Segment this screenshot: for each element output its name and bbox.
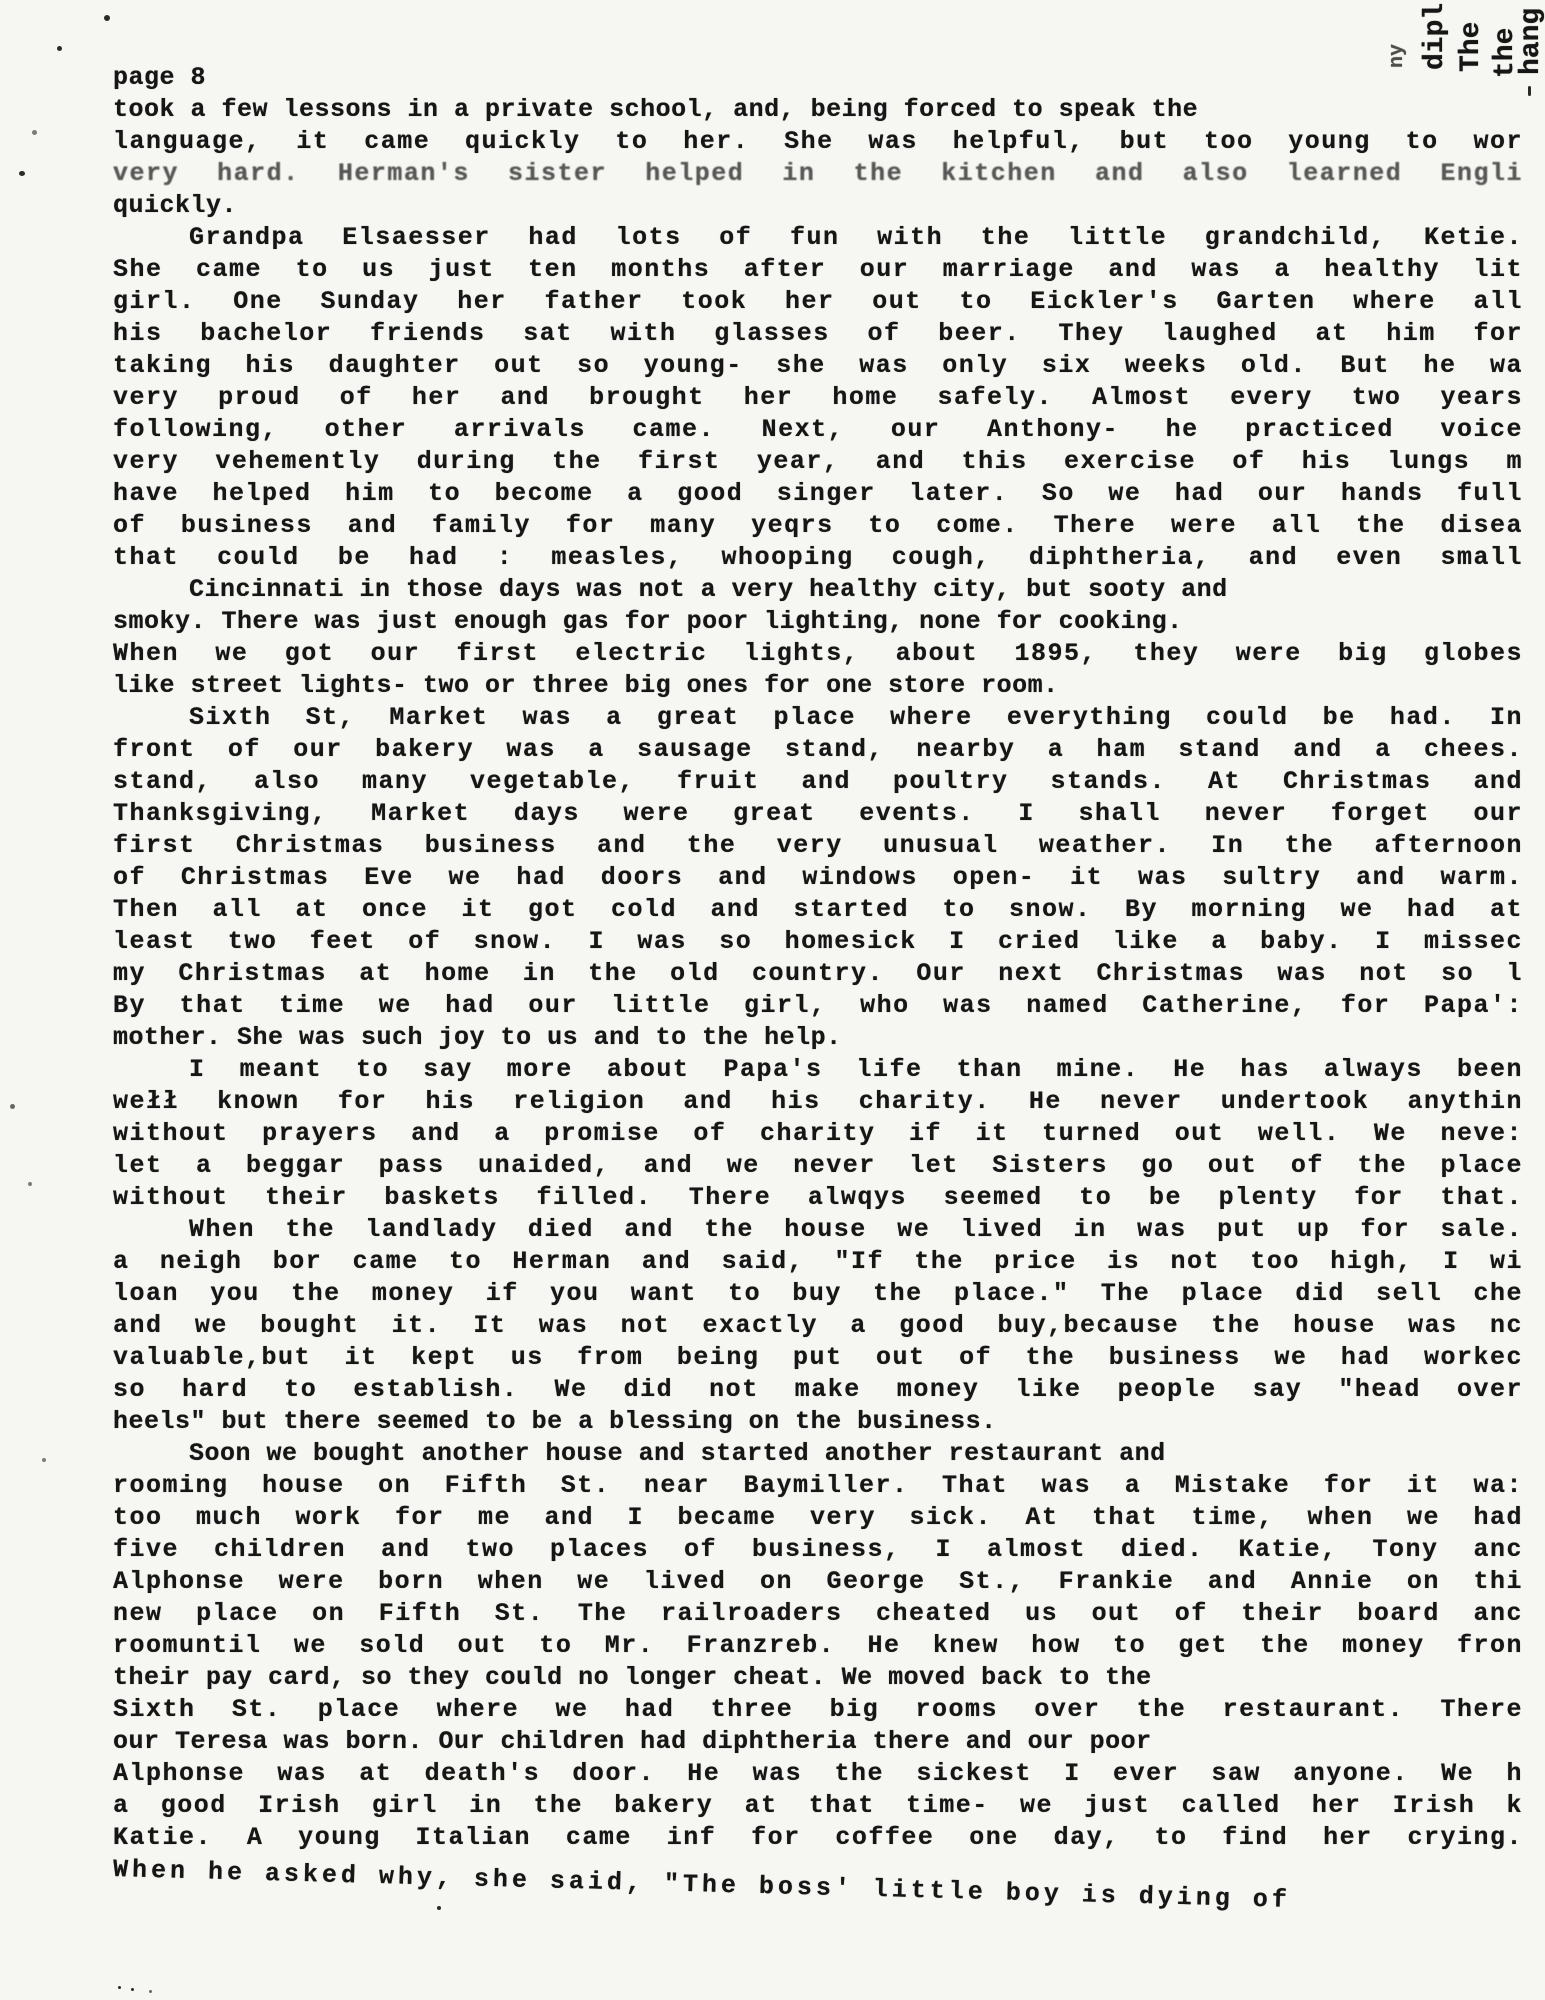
document-text: page 8took a few lessons in a private sc… <box>113 62 1523 1886</box>
text-line: front of our bakery was a sausage stand,… <box>113 734 1523 766</box>
text-line: wełł known for his religion and his char… <box>113 1086 1523 1118</box>
scan-speck <box>57 46 62 51</box>
text-line: Alphonse was at death's door. He was the… <box>113 1758 1523 1790</box>
text-line: taking his daughter out so young- she wa… <box>113 350 1523 382</box>
text-line: his bachelor friends sat with glasses of… <box>113 318 1523 350</box>
scan-speck <box>32 130 37 135</box>
text-line: Alphonse were born when we lived on Geor… <box>113 1566 1523 1598</box>
text-line: Grandpa Elsaesser had lots of fun with t… <box>113 222 1523 254</box>
text-line: a good Irish girl in the bakery at that … <box>113 1790 1523 1822</box>
text-line: heels" but there seemed to be a blessing… <box>113 1406 1523 1438</box>
text-line: Sixth St. place where we had three big r… <box>113 1694 1523 1726</box>
text-line: first Christmas business and the very un… <box>113 830 1523 862</box>
text-line: my Christmas at home in the old country.… <box>113 958 1523 990</box>
text-line: five children and two places of business… <box>113 1534 1523 1566</box>
text-line: I meant to say more about Papa's life th… <box>113 1054 1523 1086</box>
scan-speck <box>104 15 110 21</box>
text-line: She came to us just ten months after our… <box>113 254 1523 286</box>
text-line: very vehemently during the first year, a… <box>113 446 1523 478</box>
text-line: valuable,but it kept us from being put o… <box>113 1342 1523 1374</box>
text-line: a neigh bor came to Herman and said, "If… <box>113 1246 1523 1278</box>
text-line: rooming house on Fifth St. near Baymille… <box>113 1470 1523 1502</box>
scan-speck <box>28 1182 32 1186</box>
text-line: so hard to establish. We did not make mo… <box>113 1374 1523 1406</box>
rotated-edge-text: hang <box>1518 8 1545 75</box>
scan-speck <box>131 1988 134 1991</box>
text-line: their pay card, so they could no longer … <box>113 1662 1523 1694</box>
text-line: let a beggar pass unaided, and we never … <box>113 1150 1523 1182</box>
scan-speck <box>149 1990 152 1993</box>
text-line: without prayers and a promise of charity… <box>113 1118 1523 1150</box>
scan-speck <box>1528 86 1531 96</box>
text-line: When he asked why, she said, "The boss' … <box>113 1854 1523 1923</box>
text-line: have helped him to become a good singer … <box>113 478 1523 510</box>
text-line: new place on Fifth St. The railroaders c… <box>113 1598 1523 1630</box>
text-line: roomuntil we sold out to Mr. Franzreb. H… <box>113 1630 1523 1662</box>
text-line: Cincinnati in those days was not a very … <box>113 574 1523 606</box>
scan-speck <box>42 1458 46 1462</box>
scan-speck <box>118 1986 121 1989</box>
text-line: too much work for me and I became very s… <box>113 1502 1523 1534</box>
scan-speck <box>19 171 25 176</box>
text-line: language, it came quickly to her. She wa… <box>113 126 1523 158</box>
text-line: By that time we had our little girl, who… <box>113 990 1523 1022</box>
text-line: very hard. Herman's sister helped in the… <box>113 158 1523 190</box>
text-line: loan you the money if you want to buy th… <box>113 1278 1523 1310</box>
scanned-document-page: page 8took a few lessons in a private sc… <box>0 0 1545 2000</box>
text-line: of Christmas Eve we had doors and window… <box>113 862 1523 894</box>
text-line: Then all at once it got cold and started… <box>113 894 1523 926</box>
text-line: very proud of her and brought her home s… <box>113 382 1523 414</box>
text-line: Katie. A young Italian came inf for coff… <box>113 1822 1523 1854</box>
text-line: mother. She was such joy to us and to th… <box>113 1022 1523 1054</box>
scan-speck <box>437 1906 441 1910</box>
text-line: took a few lessons in a private school, … <box>113 94 1523 126</box>
scan-speck <box>10 1104 15 1109</box>
text-line: stand, also many vegetable, fruit and po… <box>113 766 1523 798</box>
page-label: page 8 <box>113 62 1523 94</box>
text-line: without their baskets filled. There alwq… <box>113 1182 1523 1214</box>
text-line: of business and family for many yeqrs to… <box>113 510 1523 542</box>
text-line: When the landlady died and the house we … <box>113 1214 1523 1246</box>
text-line: our Teresa was born. Our children had di… <box>113 1726 1523 1758</box>
rotated-edge-text: The <box>1458 22 1486 72</box>
text-line: quickly. <box>113 190 1523 222</box>
text-line: Thanksgiving, Market days were great eve… <box>113 798 1523 830</box>
text-line: and we bought it. It was not exactly a g… <box>113 1310 1523 1342</box>
rotated-edge-text: dipl <box>1422 3 1450 70</box>
rotated-edge-text: ny <box>1388 44 1408 68</box>
text-line: When we got our first electric lights, a… <box>113 638 1523 670</box>
text-line: that could be had : measles, whooping co… <box>113 542 1523 574</box>
text-line: Sixth St, Market was a great place where… <box>113 702 1523 734</box>
text-line: girl. One Sunday her father took her out… <box>113 286 1523 318</box>
text-line: smoky. There was just enough gas for poo… <box>113 606 1523 638</box>
text-line: Soon we bought another house and started… <box>113 1438 1523 1470</box>
text-line: like street lights- two or three big one… <box>113 670 1523 702</box>
text-line: following, other arrivals came. Next, ou… <box>113 414 1523 446</box>
text-line: least two feet of snow. I was so homesic… <box>113 926 1523 958</box>
